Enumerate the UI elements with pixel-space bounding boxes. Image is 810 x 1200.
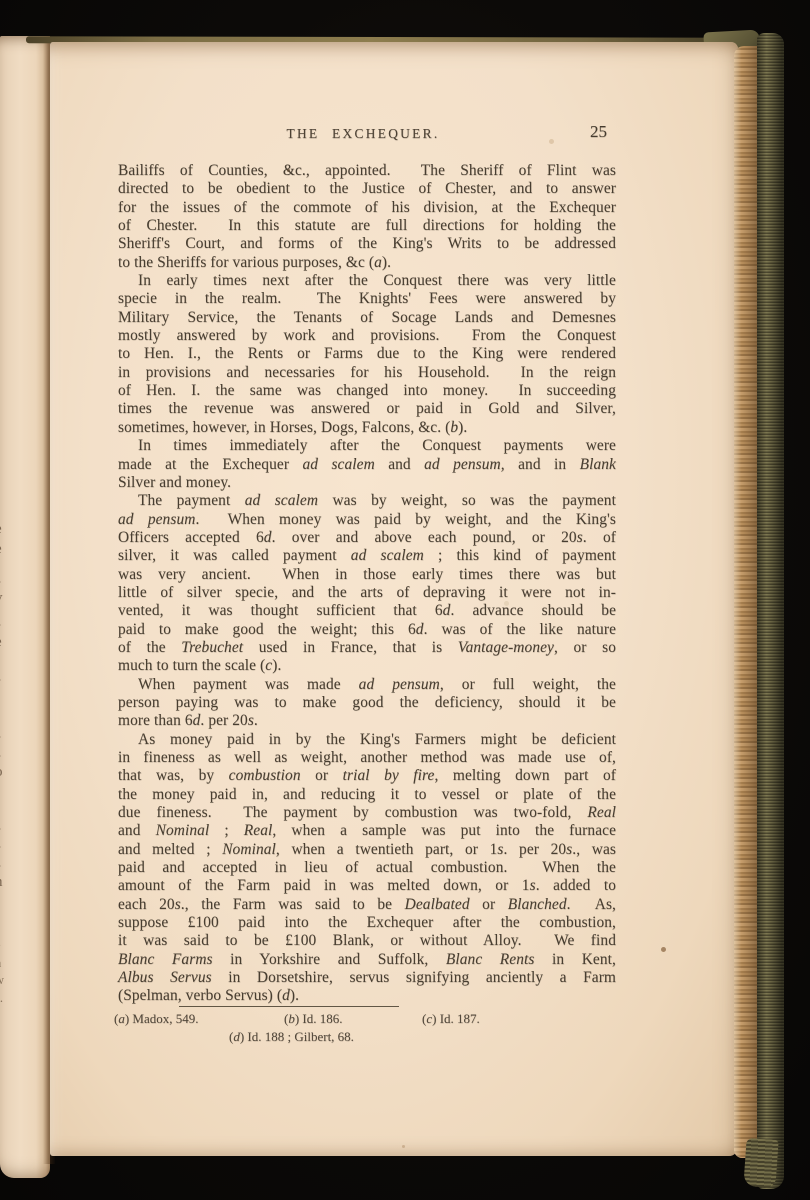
- footnote-a: (a) Madox, 549.: [114, 1011, 199, 1027]
- ghost-letter: w: [0, 973, 9, 988]
- book-page: THE EXCHEQUER. 25 Bailiffs of Counties, …: [50, 42, 738, 1156]
- text-line: As money paid in by the King's Farmers m…: [118, 731, 616, 749]
- footnote-d: (d) Id. 188 ; Gilbert, 68.: [229, 1029, 354, 1045]
- ghost-letter: s: [0, 838, 9, 853]
- text-line: in provisions and necessaries for his Ho…: [118, 364, 616, 382]
- ghost-letter: .: [0, 802, 9, 817]
- ghost-letter: e: [0, 938, 9, 953]
- text-line: In times immediately after the Conquest …: [118, 437, 616, 455]
- text-line: Sheriff's Court, and forms of the King's…: [118, 235, 616, 253]
- text-line: ad pensum. When money was paid by weight…: [118, 511, 616, 529]
- ghost-letter: s: [0, 820, 9, 835]
- page-content: THE EXCHEQUER. 25 Bailiffs of Counties, …: [118, 126, 616, 1006]
- text-line: Military Service, the Tenants of Socage …: [118, 309, 616, 327]
- ghost-letter: s.: [0, 991, 9, 1006]
- text-line: sometimes, however, in Horses, Dogs, Fal…: [118, 419, 616, 437]
- text-line: amount of the Farm paid in was melted do…: [118, 877, 616, 895]
- body-text: Bailiffs of Counties, &c., appointed. Th…: [118, 162, 616, 1006]
- ghost-letter: s: [0, 857, 9, 872]
- paper-specks: [287, 169, 290, 172]
- text-line: that was, by combustion or trial by fire…: [118, 767, 616, 785]
- text-line: Blanc Farms in Yorkshire and Suffolk, Bl…: [118, 951, 616, 969]
- text-line: of the Trebuchet used in France, that is…: [118, 639, 616, 657]
- margin-ghost-text: eesysers)-ssof.sssn,enws.: [0, 0, 20, 1200]
- text-line: the money paid in, and reducing it to ve…: [118, 786, 616, 804]
- text-line: it was said to be £100 Blank, or without…: [118, 932, 616, 950]
- text-line: of Hen. I. the same was changed into mon…: [118, 382, 616, 400]
- text-line: Albus Servus in Dorsetshire, servus sign…: [118, 969, 616, 987]
- text-line: to the Sheriffs for various purposes, &c…: [118, 254, 616, 272]
- text-line: person paying was to make good the defic…: [118, 694, 616, 712]
- ghost-letter: s: [0, 671, 9, 686]
- ghost-letter: n: [0, 875, 9, 890]
- text-line: was very ancient. When in those early ti…: [118, 566, 616, 584]
- text-line: directed to be obedient to the Justice o…: [118, 180, 616, 198]
- book-photograph: THE EXCHEQUER. 25 Bailiffs of Counties, …: [0, 0, 810, 1200]
- text-line: (Spelman, verbo Servus) (d).: [118, 987, 616, 1005]
- text-line: Silver and money.: [118, 474, 616, 492]
- ghost-letter: r: [0, 653, 9, 668]
- text-line: and Nominal ; Real, when a sample was pu…: [118, 822, 616, 840]
- text-line: each 20s., the Farm was said to be Dealb…: [118, 896, 616, 914]
- page-number: 25: [590, 122, 607, 142]
- text-line: In early times next after the Conquest t…: [118, 272, 616, 290]
- ghost-letter: o: [0, 765, 9, 780]
- page-title: THE EXCHEQUER.: [114, 126, 612, 142]
- ghost-letter: f: [0, 783, 9, 798]
- ghost-letter: e: [0, 522, 9, 537]
- footnote-c: (c) Id. 187.: [422, 1011, 480, 1027]
- ghost-letter: s: [0, 616, 9, 631]
- ghost-letter: y: [0, 591, 9, 606]
- text-line: The payment ad scalem was by weight, so …: [118, 492, 616, 510]
- page-edges-deckle: [734, 46, 759, 1158]
- text-line: suppose £100 paid into the Exchequer aft…: [118, 914, 616, 932]
- text-line: much to turn the scale (c).: [118, 657, 616, 675]
- text-line: made at the Exchequer ad scalem and ad p…: [118, 456, 616, 474]
- ghost-letter: s: [0, 747, 9, 762]
- text-line: to Hen. I., the Rents or Farms due to th…: [118, 345, 616, 363]
- ghost-letter: ,: [0, 893, 9, 908]
- ghost-letter: -: [0, 708, 9, 723]
- text-line: times the revenue was answered or paid i…: [118, 400, 616, 418]
- text-line: little of silver specie, and the arts of…: [118, 584, 616, 602]
- text-line: due fineness. The payment by combustion …: [118, 804, 616, 822]
- text-line: Officers accepted 6d. over and above eac…: [118, 529, 616, 547]
- ghost-letter: e: [0, 542, 9, 557]
- text-line: and melted ; Nominal, when a twentieth p…: [118, 841, 616, 859]
- text-line: paid and accepted in lieu of actual comb…: [118, 859, 616, 877]
- text-line: vented, it was thought sufficient that 6…: [118, 602, 616, 620]
- running-header: THE EXCHEQUER. 25: [118, 126, 616, 146]
- footnote-b: (b) Id. 186.: [284, 1011, 343, 1027]
- ghost-letter: s: [0, 728, 9, 743]
- text-line: paid to make good the weight; this 6d. w…: [118, 621, 616, 639]
- text-line: mostly answered by work and provisions. …: [118, 327, 616, 345]
- ghost-letter: e: [0, 635, 9, 650]
- text-line: specie in the realm. The Knights' Fees w…: [118, 290, 616, 308]
- ghost-letter: ): [0, 689, 9, 704]
- ghost-letter: s: [0, 573, 9, 588]
- text-line: of Chester. In this statute are full dir…: [118, 217, 616, 235]
- text-line: more than 6d. per 20s.: [118, 712, 616, 730]
- footnote-rule: [179, 1006, 399, 1007]
- text-line: Bailiffs of Counties, &c., appointed. Th…: [118, 162, 616, 180]
- text-line: silver, it was called payment ad scalem …: [118, 547, 616, 565]
- ghost-letter: n: [0, 956, 9, 971]
- text-line: When payment was made ad pensum, or full…: [118, 676, 616, 694]
- cover-band: [757, 33, 784, 1189]
- text-line: for the issues of the commote of his div…: [118, 199, 616, 217]
- text-line: in fineness as well as weight, another m…: [118, 749, 616, 767]
